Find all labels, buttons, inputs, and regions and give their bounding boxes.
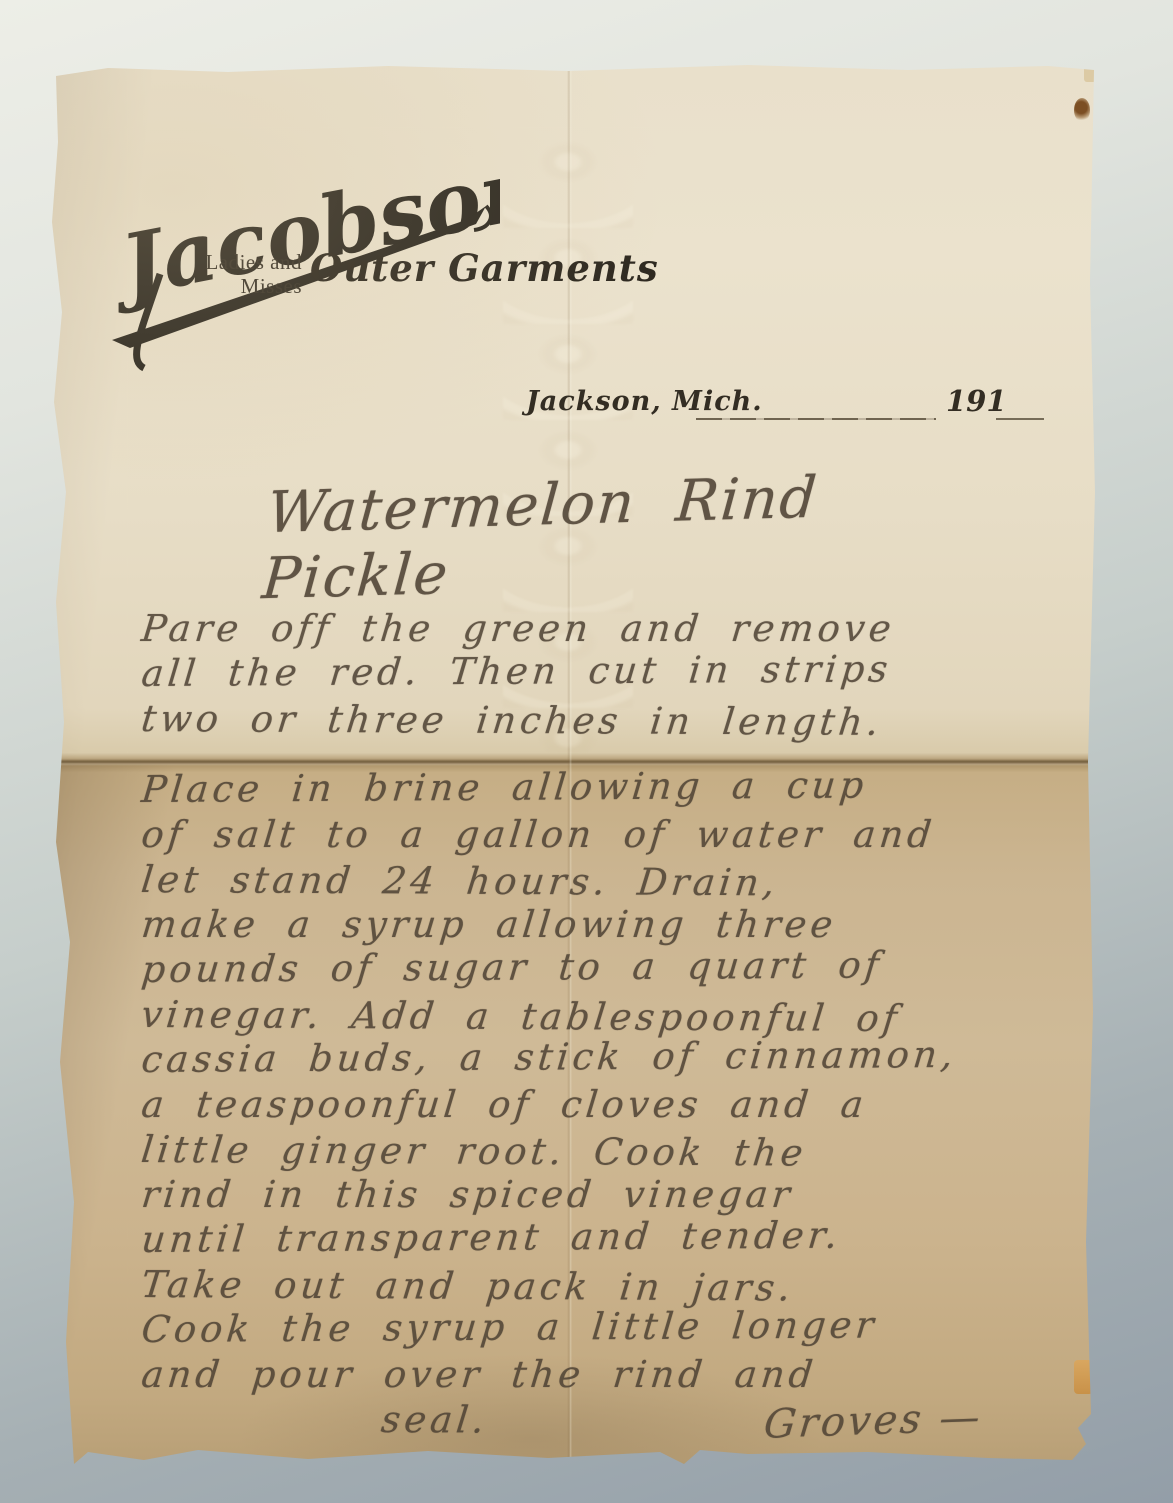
recipe-line: little ginger root. Cook the bbox=[139, 1127, 1083, 1177]
recipe-line: pounds of sugar to a quart of bbox=[140, 941, 1085, 992]
signature: Groves — bbox=[762, 1394, 985, 1448]
stain-spot bbox=[1074, 98, 1090, 122]
dateline-year-prefix: 191 bbox=[946, 384, 1007, 418]
tagline: Ladies and Misses bbox=[180, 250, 302, 298]
letter-paper: Jacobson's Ladies and Misses Outer Garme… bbox=[48, 62, 1098, 1466]
embossed-ghost-marks bbox=[503, 132, 633, 752]
logo-underline-flourish bbox=[112, 206, 486, 348]
brand-script-text: Jacobson's bbox=[100, 124, 500, 318]
recipe-line: rind in this spiced vinegar bbox=[139, 1172, 1084, 1217]
logo-j-descender bbox=[137, 274, 160, 368]
recipe-line: a teaspoonful of cloves and a bbox=[139, 1082, 1084, 1127]
jacobsons-logo: Jacobson's bbox=[100, 124, 500, 374]
recipe-line: and pour over the rind and bbox=[139, 1352, 1084, 1397]
recipe-body: Pare off the green and remove all the re… bbox=[144, 606, 1084, 1442]
recipe-line: all the red. Then cut in strips bbox=[140, 645, 1085, 696]
tagline-line2: Misses bbox=[180, 274, 302, 298]
logo-flourish-curl bbox=[474, 206, 491, 230]
recipe-line: Pare off the green and remove bbox=[139, 606, 1084, 651]
recipe-line: Place in brine allowing a cup bbox=[140, 761, 1085, 812]
dateline-rule-short bbox=[996, 418, 1044, 420]
product-line: Outer Garments bbox=[310, 246, 659, 290]
recipe-line: until transparent and tender. bbox=[140, 1211, 1085, 1262]
tagline-line1: Ladies and bbox=[180, 250, 302, 274]
recipe-line: let stand 24 hours. Drain, bbox=[139, 857, 1083, 907]
dateline-city: Jackson, Mich. bbox=[526, 386, 763, 417]
recipe-line: cassia buds, a stick of cinnamon, bbox=[140, 1031, 1085, 1082]
recipe-title: Watermelon Rind Pickle bbox=[260, 459, 1030, 613]
dateline-rule bbox=[696, 418, 936, 420]
recipe-line: make a syrup allowing three bbox=[139, 902, 1084, 947]
recipe-line: Cook the syrup a little longer bbox=[140, 1301, 1085, 1352]
recipe-line: of salt to a gallon of water and bbox=[139, 812, 1084, 857]
recipe-line: two or three inches in length. bbox=[139, 696, 1083, 746]
tape-remnant bbox=[1084, 66, 1096, 82]
